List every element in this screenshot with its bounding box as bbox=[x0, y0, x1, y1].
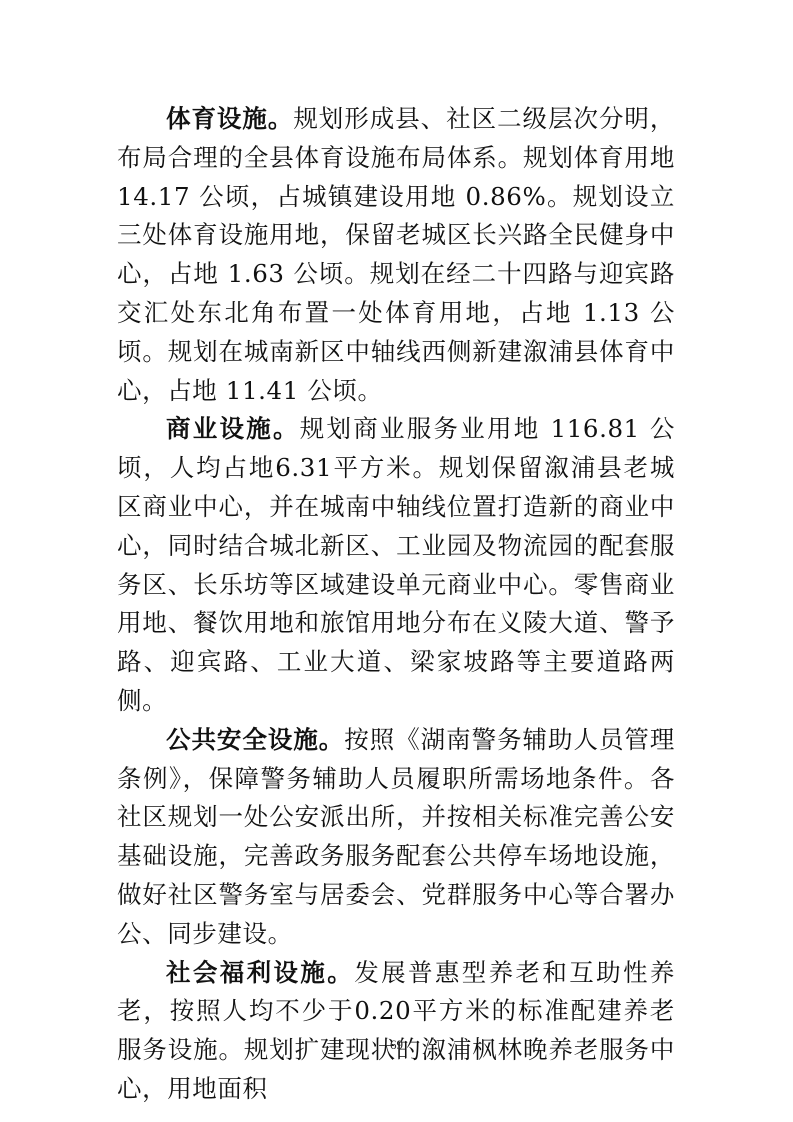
paragraph-social-welfare-facilities: 社会福利设施。发展普惠型养老和互助性养老，按照人均不少于0.20平方米的标准配建… bbox=[117, 954, 675, 1109]
paragraph-heading: 商业设施。 bbox=[166, 414, 300, 443]
paragraph-heading: 公共安全设施。 bbox=[166, 725, 344, 754]
paragraph-heading: 社会福利设施。 bbox=[166, 958, 354, 987]
page-number: 69 bbox=[0, 1037, 793, 1053]
paragraph-commercial-facilities: 商业设施。规划商业服务业用地 116.81 公顷，人均占地6.31平方米。规划保… bbox=[117, 410, 675, 720]
paragraph-sports-facilities: 体育设施。规划形成县、社区二级层次分明，布局合理的全县体育设施布局体系。规划体育… bbox=[117, 100, 675, 410]
paragraph-text: 按照《湖南警务辅助人员管理条例》，保障警务辅助人员履职所需场地条件。各社区规划一… bbox=[117, 725, 675, 948]
paragraph-public-safety-facilities: 公共安全设施。按照《湖南警务辅助人员管理条例》，保障警务辅助人员履职所需场地条件… bbox=[117, 721, 675, 954]
document-page-body: 体育设施。规划形成县、社区二级层次分明，布局合理的全县体育设施布局体系。规划体育… bbox=[117, 100, 675, 1109]
paragraph-heading: 体育设施。 bbox=[166, 104, 293, 133]
paragraph-text: 规划商业服务业用地 116.81 公顷，人均占地6.31平方米。规划保留溆浦县老… bbox=[117, 414, 675, 715]
paragraph-text: 规划形成县、社区二级层次分明，布局合理的全县体育设施布局体系。规划体育用地 14… bbox=[117, 104, 675, 405]
